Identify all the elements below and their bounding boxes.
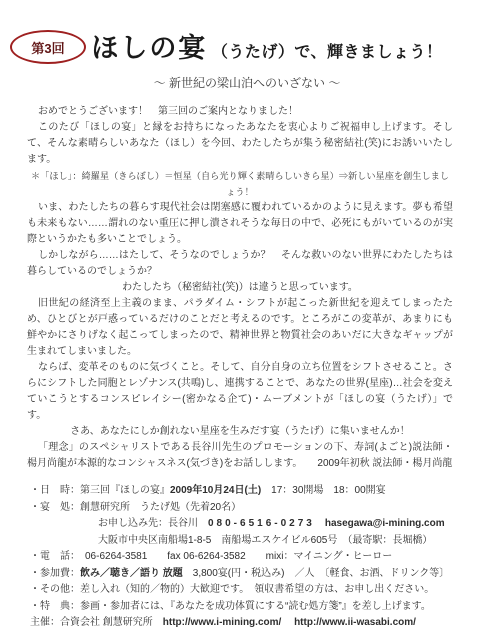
host-name: 主催：合資会社 創慧研究所 bbox=[30, 617, 153, 628]
event-details: ・日 時：第三回『ほしの宴』2009年10月24日(土) 17：30開場 18：… bbox=[0, 472, 480, 632]
bonus-line: ・特 典：参画・参加者には、『あなたを成功体質にする“読む処方箋”』を差し上げま… bbox=[30, 599, 460, 616]
fee-line: ・参加費：飲み／聴き／語り 放題 3,800宴(円・税込み) ／人 〔軽食、お酒… bbox=[30, 566, 460, 583]
title-reading: （うたげ）で、輝きましょう！ bbox=[212, 44, 443, 61]
paradigm-paragraph: 旧世紀の経済至上主義のまま、パラダイム・シフトが起こった新世紀を迎えてしまったた… bbox=[27, 296, 453, 360]
subtitle: ～ 新世紀の梁山泊へのいざない ～ bbox=[0, 74, 480, 91]
resonance-paragraph: ならば、変革そのものに気づくこと。そして、自分自身の立ち位置をシフトさせること。… bbox=[27, 360, 453, 424]
fee-label: ・参加費： bbox=[30, 568, 80, 579]
event-date-line: ・日 時：第三回『ほしの宴』2009年10月24日(土) 17：30開場 18：… bbox=[30, 483, 460, 500]
greeting-line: おめでとうございます！ 第三回のご案内となりました！ bbox=[27, 104, 453, 120]
question-paragraph: しかしながら……はたして、そうなのでしょうか？ そんな救いのない世界にわたしたち… bbox=[27, 248, 453, 280]
flyer-header: 第3回 ほしの宴 （うたげ）で、輝きましょう！ ～ 新世紀の梁山泊へのいざない … bbox=[0, 0, 480, 91]
host-urls: http://www.i-mining.com/ http://www.ii-w… bbox=[163, 617, 416, 628]
event-date-value: 2009年10月24日(土) bbox=[170, 485, 261, 496]
application-phone: 080-6516-0273 bbox=[208, 518, 315, 529]
edition-badge: 第3回 bbox=[10, 30, 86, 64]
application-contact: お申し込み先：長谷川 bbox=[98, 518, 198, 529]
society-paragraph: いま、わたしたちの暮らす現代社会は閉塞感に覆われているかのように見えます。夢も希… bbox=[27, 200, 453, 248]
title-main: ほしの宴 bbox=[91, 33, 207, 63]
fee-amount: 3,800宴(円・税込み) ／人 〔軽食、お酒、ドリンク等〕 bbox=[183, 568, 449, 579]
invitation-paragraph: このたび「ほしの宴」と縁をお持ちになったあなたを衷心よりご祝福申し上げます。そし… bbox=[27, 120, 453, 168]
address-line: 大阪市中央区南船場1-8-5 南船場エスケイビル605号 （最寄駅：長堀橋） bbox=[30, 533, 460, 550]
application-line: お申し込み先：長谷川080-6516-0273hasegawa@i-mining… bbox=[30, 516, 460, 533]
other-line: ・その他：差し入れ（知的／物的）大歓迎です。 領収書希望の方は、お申し出ください… bbox=[30, 582, 460, 599]
phone-line: ・電 話： 06-6264-3581 fax 06-6264-3582 mixi… bbox=[30, 549, 460, 566]
venue-line: ・宴 処：創慧研究所 うたげ処（先着20名） bbox=[30, 500, 460, 517]
fee-title: 飲み／聴き／語り 放題 bbox=[80, 568, 183, 579]
application-email: hasegawa@i-mining.com bbox=[325, 518, 445, 529]
edition-badge-label: 第3回 bbox=[31, 38, 64, 57]
host-line: 主催：合資会社 創慧研究所http://www.i-mining.com/ ht… bbox=[30, 615, 460, 632]
hoshi-footnote: ＊「ほし」：綺羅星（きらぼし）＝恒星（自ら光り輝く素晴らしいきら星）⇒新しい星座… bbox=[27, 168, 453, 200]
call-to-action-line: さあ、あなたにしか創れない星座を生みだす宴（うたげ）に集いませんか！ bbox=[27, 424, 453, 440]
belief-line: わたしたち（秘密結社(笑)）は違うと思っています。 bbox=[27, 280, 453, 296]
body-text: おめでとうございます！ 第三回のご案内となりました！ このたび「ほしの宴」と縁を… bbox=[0, 91, 480, 472]
flyer-page: 第3回 ほしの宴 （うたげ）で、輝きましょう！ ～ 新世紀の梁山泊へのいざない … bbox=[0, 0, 480, 640]
event-date-label: ・日 時：第三回『ほしの宴』 bbox=[30, 485, 170, 496]
event-time: 17：30開場 18：00開宴 bbox=[261, 485, 386, 496]
speaker-paragraph: 「理念」のスペシャリストである長谷川先生のプロモーションの下、寿詞(よごと)説法… bbox=[27, 440, 453, 472]
